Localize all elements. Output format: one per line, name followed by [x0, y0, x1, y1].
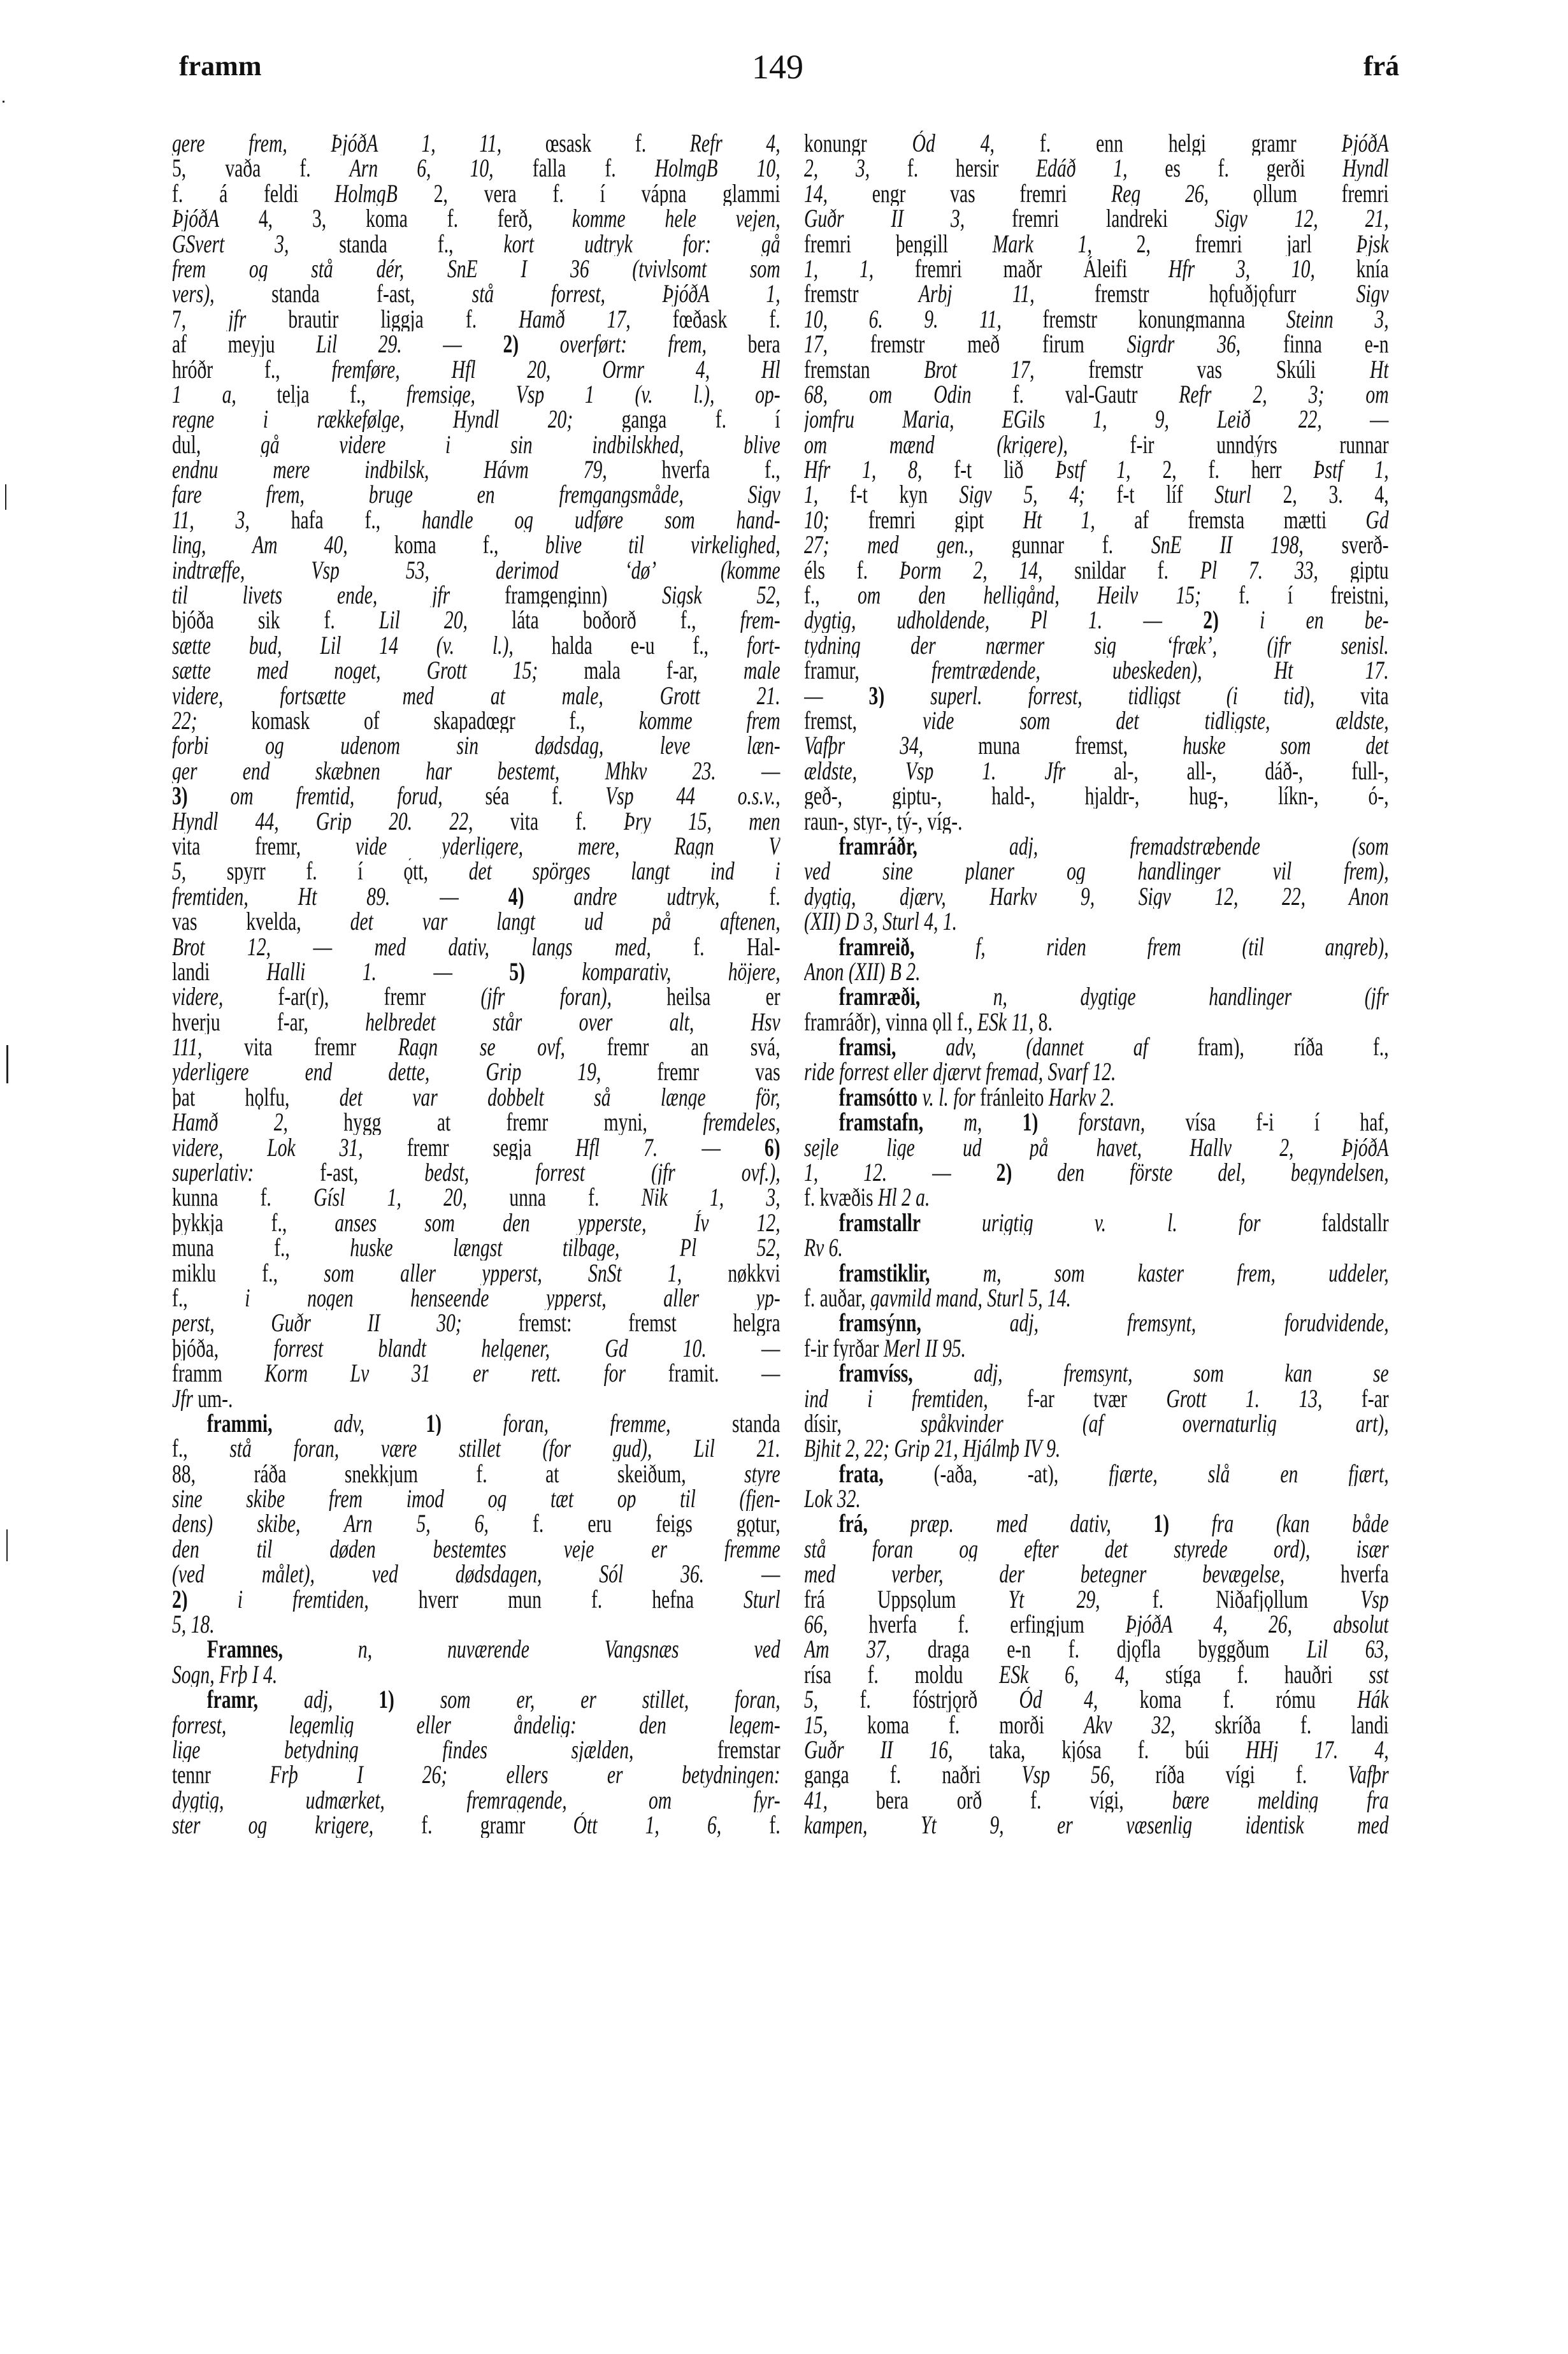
roman-text: giptu	[1318, 558, 1389, 582]
italic-text: Sturl	[744, 1587, 780, 1612]
roman-text: éls f.	[804, 558, 900, 582]
headword: 3)	[172, 783, 188, 808]
italic-text: det var langt ud på aftenen,	[350, 909, 780, 934]
entry-text: framráðr), vinna ǫll f., ESk 11, 8.	[804, 1009, 1389, 1034]
entry-text: fremstan Brot 17, fremstr vas Skúli Ht	[804, 357, 1389, 382]
italic-text: (XII) D 3, Sturl 4, 1.	[804, 909, 957, 934]
roman-text: f-t kyn	[818, 482, 959, 507]
text-line: dul, gå videre i sin indbilskhed, blive	[172, 432, 780, 457]
roman-text: vita fremr,	[172, 834, 356, 858]
text-line: 14, engr vas fremri Reg 26, ǫllum fremri	[804, 181, 1389, 206]
italic-text: Ótt 1, 6,	[573, 1812, 722, 1837]
italic-text: i en be-	[1260, 607, 1388, 632]
text-line: — 3) superl. forrest, tidligst (i tid), …	[804, 683, 1389, 708]
italic-text: om mænd (krigere),	[804, 432, 1068, 457]
text-line: 10; fremri gipt Ht 1, af fremsta mætti G…	[804, 507, 1389, 532]
italic-text: 1, 12.	[804, 1160, 887, 1185]
text-line: ved sine planer og handlinger vil frem),	[804, 858, 1389, 883]
roman-text: 88, ráða snekkjum f. at skeiðum,	[172, 1461, 744, 1486]
italic-text: bære melding fra	[1172, 1787, 1389, 1812]
headword: frata,	[839, 1461, 884, 1486]
text-line: frata, (-aða, -at), fjærte, slå en fjært…	[804, 1461, 1389, 1486]
text-line: frá Uppsǫlum Yt 29, f. Niðafjǫllum Vsp	[804, 1587, 1389, 1612]
text-line: 2, 3, f. hersir Edáð 1, es f. gerði Hynd…	[804, 155, 1389, 180]
text-line: Rv 6.	[804, 1235, 1389, 1260]
italic-text: blive til virkelighed,	[545, 532, 780, 557]
italic-text: den förste del, begyndelsen,	[1057, 1160, 1388, 1185]
italic-text: Sigsk 52,	[662, 582, 780, 607]
entry-text: þjóða, forrest blandt helgener, Gd 10. —	[172, 1336, 780, 1361]
roman-text: fremri gipt	[829, 507, 1023, 532]
entry-text: tennr Frþ I 26; ellers er betydningen:	[172, 1762, 780, 1787]
text-line: 1, 1, fremri maðr Áleifi Hfr 3, 10, knía	[804, 256, 1389, 281]
entry-text: 14, engr vas fremri Reg 26, ǫllum fremri	[804, 181, 1389, 206]
entry-text: tydning der nærmer sig ‘fræk’, (jfr seni…	[804, 633, 1389, 658]
roman-text: fremr an svá,	[565, 1034, 780, 1059]
italic-text: tydning der nærmer sig ‘fræk’, (jfr seni…	[804, 633, 1389, 658]
text-line: éls f. Þorm 2, 14, snildar f. Pl 7. 33, …	[804, 558, 1389, 582]
text-line: vers), standa f-ast, stå forrest, ÞjóðA …	[172, 281, 780, 306]
roman-text: —	[804, 683, 869, 708]
italic-text: Brot 17,	[924, 357, 1034, 382]
entry-text: 7, jfr brautir liggja f. Hamð 17, fœðask…	[172, 307, 780, 331]
headword: 2)	[996, 1160, 1012, 1185]
entry-text: fremtiden, Ht 89. — 4) andre udtryk, f.	[172, 884, 780, 909]
italic-text: SnE II 198,	[1151, 532, 1304, 557]
italic-text: komparativ, höjere,	[582, 959, 780, 984]
roman-text: —	[390, 884, 508, 909]
italic-text: Vafþr 34,	[804, 733, 923, 758]
roman-text: fremst: fremst helgra	[462, 1310, 780, 1335]
italic-text: Ht 1,	[1023, 507, 1095, 532]
roman-text: telja f.,	[236, 382, 406, 407]
roman-text: f. hersir	[870, 155, 1036, 180]
roman-text: spyrr f. í ǫ́tt,	[186, 858, 469, 883]
left-column: gere frem, ÞjóðA 1, 11, œsask f. Refr 4,…	[172, 131, 780, 1838]
roman-text: —	[271, 934, 375, 959]
italic-text: adj, fremsynt, forudvidende,	[1010, 1310, 1389, 1335]
roman-text: nøkkvi	[682, 1260, 780, 1285]
left-guideword: framm	[179, 50, 262, 82]
text-line: framreið, f, riden frem (til angreb),	[804, 934, 1389, 959]
roman-text	[525, 959, 582, 984]
roman-text	[1038, 1109, 1078, 1134]
italic-text: Gísl 1, 20,	[313, 1185, 467, 1209]
italic-text: lige betydning findes sjælden,	[172, 1737, 633, 1762]
italic-text: Hfr 1, 8,	[804, 457, 922, 482]
roman-text: —	[707, 1336, 780, 1361]
entry-text: ganga f. naðri Vsp 56, ríða vígi f. Vafþ…	[804, 1762, 1389, 1787]
italic-text: huske længst tilbage, Pl 52,	[350, 1235, 780, 1260]
entry-text: dul, gå videre i sin indbilskhed, blive	[172, 432, 780, 457]
italic-text: forbi og udenom sin dødsdag, leve læn-	[172, 733, 780, 758]
roman-text: vita f.	[473, 809, 624, 834]
entry-text: kunna f. Gísl 1, 20, unna f. Nik 1, 3,	[172, 1185, 780, 1209]
roman-text	[982, 1109, 1022, 1134]
right-column: konungr Ód 4, f. enn helgi gramr ÞjóðA2,…	[804, 131, 1389, 1838]
entry-text: jomfru Maria, EGils 1, 9, Leið 22, —	[804, 407, 1389, 431]
roman-text	[283, 1636, 358, 1661]
entry-text: superlativ: f-ast, bedst, forrest (jfr o…	[172, 1160, 780, 1185]
text-line: framr, adj, 1) som er, er stillet, foran…	[172, 1687, 780, 1712]
italic-text: videre,	[172, 984, 223, 1009]
roman-text: knía	[1315, 256, 1389, 281]
italic-text: 68, om Odin	[804, 382, 972, 407]
italic-text: Ht	[1370, 357, 1389, 382]
text-line: 5, 18.	[172, 1612, 780, 1636]
roman-text	[1111, 1511, 1154, 1536]
entry-text: 5, vaða f. Arn 6, 10, falla f. HolmgB 10…	[172, 155, 780, 180]
italic-text: fremdeles,	[703, 1109, 780, 1134]
entry-text: f. kvæðis Hl 2 a.	[804, 1185, 1389, 1209]
italic-text: fort-	[747, 633, 780, 658]
roman-text	[188, 783, 231, 808]
roman-text: hverfa f.,	[607, 457, 780, 482]
italic-text: som aller ypperst, SnSt 1,	[324, 1260, 682, 1285]
roman-text: —	[658, 1135, 765, 1160]
text-line: sætte med noget, Grott 15; mala f-ar, ma…	[172, 658, 780, 682]
italic-text: helbredet står over alt, Hsv	[365, 1009, 780, 1034]
roman-text: framm	[172, 1361, 265, 1385]
entry-text: Sogn, Frþ I 4.	[172, 1662, 780, 1687]
roman-text: hafa f.,	[250, 507, 422, 532]
text-line: den til døden bestemtes veje er fremme	[172, 1536, 780, 1561]
headword: 2)	[1203, 607, 1219, 632]
text-line: konungr Ód 4, f. enn helgi gramr ÞjóðA	[804, 131, 1389, 155]
text-line: Hfr 1, 8, f-t lið Þstf 1, 2, f. herr Þst…	[804, 457, 1389, 482]
roman-text: f.,	[172, 1285, 245, 1310]
roman-text: f. gramr	[373, 1812, 573, 1837]
text-line: Bjhit 2, 22; Grip 21, Hjálmþ IV 9.	[804, 1436, 1389, 1461]
italic-text: superl. forrest, tidligst (i tid),	[930, 683, 1314, 708]
text-line: 5, f. fóstrjǫrð Ód 4, koma f. rómu Hák	[804, 1687, 1389, 1712]
italic-text: vide som det tidligste, ældste,	[923, 708, 1388, 733]
headword: 1)	[1153, 1511, 1169, 1536]
roman-text: f. fóstrjǫrð	[818, 1687, 1019, 1712]
italic-text: fremtiden, Ht 89.	[172, 884, 390, 909]
text-line: f. á feldi HolmgB 2, vera f. í vápna gla…	[172, 181, 780, 206]
italic-text: Vsp	[1360, 1587, 1388, 1612]
italic-text: Yt 29,	[1009, 1587, 1100, 1612]
entry-text: GSvert 3, standa f., kort udtryk for: gå	[172, 231, 780, 256]
roman-text	[923, 1109, 963, 1134]
italic-text: urigtig v. l. for	[982, 1210, 1260, 1235]
roman-text: fremstan	[804, 357, 924, 382]
entry-text: dygtig, djærv, Harkv 9, Sigv 12, 22, Ano…	[804, 884, 1389, 909]
text-line: ling, Am 40, koma f., blive til virkelig…	[172, 532, 780, 557]
italic-text: Ód 4,	[912, 131, 995, 155]
italic-text: Bjhit 2, 22; Grip 21, Hjálmþ IV 9.	[804, 1436, 1060, 1461]
italic-text: Sturl	[1214, 482, 1251, 507]
entry-text: ger end skæbnen har bestemt, Mhkv 23. —	[172, 758, 780, 783]
entry-text: Brot 12, — med dativ, langs med, f. Hal-	[172, 934, 780, 959]
italic-text: Sogn, Frþ I 4.	[172, 1662, 277, 1687]
italic-text: 11, 3,	[172, 507, 250, 532]
entry-headline: framr, adj, 1) som er, er stillet, foran…	[172, 1687, 780, 1712]
entry-text: 111, vita fremr Ragn se ovf, fremr an sv…	[172, 1034, 780, 1059]
entry-headline: framræði, n, dygtige handlinger (jfr	[804, 984, 1389, 1009]
entry-text: indtræffe, Vsp 53, derimod ‘dø’ (komme	[172, 558, 780, 582]
entry-text: stå foran og efter det styrede ord), isæ…	[804, 1536, 1389, 1561]
italic-text: Ragn se ovf,	[398, 1034, 565, 1059]
roman-text	[394, 1687, 440, 1712]
roman-text: f. auðar,	[804, 1285, 870, 1310]
roman-text: f.	[719, 884, 780, 909]
text-line: til livets ende, jfr framgenginn) Sigsk …	[172, 582, 780, 607]
roman-text: geð-, giptu-, hald-, hjaldr-, hug-, líkn…	[804, 783, 1389, 808]
italic-text: forrest blandt helgener, Gd 10.	[273, 1336, 706, 1361]
text-line: sætte bud, Lil 14 (v. l.), halda e-u f.,…	[172, 633, 780, 658]
scan-speck	[3, 101, 4, 103]
entry-headline: framsýnn, adj, fremsynt, forudvidende,	[804, 1310, 1389, 1335]
text-line: dens) skibe, Arn 5, 6, f. eru feigs gǫtu…	[172, 1511, 780, 1536]
roman-text: framit. —	[626, 1361, 780, 1385]
entry-text: gere frem, ÞjóðA 1, 11, œsask f. Refr 4,	[172, 131, 780, 155]
italic-text: endnu mere indbilsk, Hávm 79,	[172, 457, 607, 482]
italic-text: 14,	[804, 181, 828, 206]
headword: frá,	[839, 1511, 868, 1536]
italic-text: adj, fremadstræbende (som	[1009, 834, 1389, 858]
roman-text	[272, 1411, 333, 1436]
italic-text: 5, 18.	[172, 1612, 215, 1636]
roman-text: dul,	[172, 432, 261, 457]
text-line: dygtig, udholdende, Pl 1. — 2) i en be-	[804, 607, 1389, 632]
text-line: ster og krigere, f. gramr Ótt 1, 6, f.	[172, 1812, 780, 1837]
italic-text: med dativ, langs med,	[375, 934, 651, 959]
text-line: dísir, spåkvinder (af overnaturlig art),	[804, 1411, 1389, 1436]
roman-text: —	[1102, 607, 1203, 632]
italic-text: jomfru Maria, EGils 1, 9, Leið 22,	[804, 407, 1322, 431]
roman-text: f. Hal-	[651, 934, 780, 959]
roman-text: f.	[721, 1812, 780, 1837]
entry-text: Anon (XII) B 2.	[804, 959, 1389, 984]
headword: framráðr,	[839, 834, 917, 858]
entry-text: Hfr 1, 8, f-t lið Þstf 1, 2, f. herr Þst…	[804, 457, 1389, 482]
roman-text: vita fremr	[202, 1034, 398, 1059]
italic-text: andre udtryk,	[573, 884, 719, 909]
text-line: landi Halli 1. — 5) komparativ, höjere,	[172, 959, 780, 984]
text-line: muna f., huske længst tilbage, Pl 52,	[172, 1235, 780, 1260]
italic-text: i nogen henseende ypperst, aller yp-	[245, 1285, 780, 1310]
italic-text: Merl II 95.	[884, 1336, 966, 1361]
roman-text	[519, 331, 560, 356]
text-line: framráðr), vinna ǫll f., ESk 11, 8.	[804, 1009, 1389, 1034]
text-line: frem og stå dér, SnE I 36 (tvivlsomt som	[172, 256, 780, 281]
roman-text	[917, 834, 1009, 858]
roman-text	[868, 1511, 910, 1536]
italic-text: superlativ:	[172, 1160, 254, 1185]
roman-text: standa f-ast,	[215, 281, 472, 306]
italic-text: Þjsk	[1356, 231, 1389, 256]
headword: 3)	[869, 683, 885, 708]
roman-text: séa f.	[443, 783, 605, 808]
italic-text: Hl 2 a.	[878, 1185, 930, 1209]
text-line: ride forrest eller djærvt fremad, Svarf …	[804, 1059, 1389, 1084]
text-line: þykkja f., anses som den ypperste, Ív 12…	[172, 1210, 780, 1235]
italic-text: fare frem, bruge en fremgangsmåde, Sigv	[172, 482, 780, 507]
text-line: hverju f-ar, helbredet står over alt, Hs…	[172, 1009, 780, 1034]
headword: Framnes,	[207, 1636, 283, 1661]
roman-text: f-ir unndýrs runnar	[1068, 432, 1389, 457]
italic-text: 1 a,	[172, 382, 236, 407]
italic-text: overført: frem,	[560, 331, 707, 356]
text-line: 17, fremstr með firum Sigrdr 36, finna e…	[804, 331, 1389, 356]
roman-text: muna f.,	[172, 1235, 350, 1260]
roman-text	[1012, 1160, 1057, 1185]
headword: frammi,	[207, 1411, 273, 1436]
roman-text: 2, 3. 4,	[1251, 482, 1389, 507]
italic-text: dygtig, udholdende, Pl 1.	[804, 607, 1102, 632]
text-line: Lok 32.	[804, 1486, 1389, 1511]
roman-text: rísa f. moldu	[804, 1662, 999, 1687]
italic-text: om den helligånd, Heilv 15;	[858, 582, 1201, 607]
entry-text: Guðr II 3, fremri landreki Sigv 12, 21,	[804, 206, 1389, 231]
roman-text: engr vas fremri	[828, 181, 1111, 206]
italic-text: præp. med dativ,	[910, 1511, 1111, 1536]
italic-text: dygtig, djærv, Harkv 9, Sigv 12, 22, Ano…	[804, 884, 1389, 909]
roman-text: koma f.,	[348, 532, 545, 557]
entry-headline: frata, (-aða, -at), fjærte, slå en fjært…	[804, 1461, 1389, 1486]
italic-text: Guðr II 16,	[804, 1737, 953, 1762]
text-line: fremtiden, Ht 89. — 4) andre udtryk, f.	[172, 884, 780, 909]
entry-text: dygtig, udmærket, fremragende, om fyr-	[172, 1787, 780, 1812]
italic-text: som er, er stillet, foran,	[440, 1687, 780, 1712]
text-line: fare frem, bruge en fremgangsmåde, Sigv	[172, 482, 780, 507]
headword: 2)	[503, 331, 519, 356]
entry-text: frem og stå dér, SnE I 36 (tvivlsomt som	[172, 256, 780, 281]
text-line: Sogn, Frþ I 4.	[172, 1662, 780, 1687]
entry-text: Hyndl 44, Grip 20. 22, vita f. Þry 15, m…	[172, 809, 780, 834]
italic-text: 111,	[172, 1034, 202, 1059]
roman-text: vísa f-i í haf,	[1145, 1109, 1388, 1134]
text-line: videre, Lok 31, fremr segja Hfl 7. — 6)	[172, 1135, 780, 1160]
italic-text: fremføre, Hfl 20, Ormr 4, Hl	[332, 357, 780, 382]
headword: framsótto	[839, 1085, 917, 1109]
italic-text: HolmgB 10,	[655, 155, 780, 180]
text-line: framvíss, adj, fremsynt, som kan se	[804, 1361, 1389, 1385]
text-line: indtræffe, Vsp 53, derimod ‘dø’ (komme	[172, 558, 780, 582]
roman-text	[913, 1361, 974, 1385]
italic-text: spåkvinder (af overnaturlig art),	[921, 1411, 1389, 1436]
entry-text: dygtig, udholdende, Pl 1. — 2) i en be-	[804, 607, 1389, 632]
entry-text: ster og krigere, f. gramr Ótt 1, 6, f.	[172, 1812, 780, 1837]
entry-headline: framstafn, m, 1) forstavn, vísa f-i í ha…	[804, 1109, 1389, 1134]
entry-headline: Framnes, n, nuværende Vangsnæs ved	[172, 1636, 780, 1661]
italic-text: Am 37,	[804, 1636, 890, 1661]
text-line: 10, 6. 9. 11, fremstr konungmanna Steinn…	[804, 307, 1389, 331]
roman-text: framur,	[804, 658, 931, 682]
roman-text: stíga f. hauðri	[1129, 1662, 1369, 1687]
italic-text: ling, Am 40,	[172, 532, 348, 557]
entry-text: 1, f-t kyn Sigv 5, 4; f-t líf Sturl 2, 3…	[804, 482, 1389, 507]
text-line: 1 a, telja f., fremsige, Vsp 1 (v. l.), …	[172, 382, 780, 407]
italic-text: 5,	[172, 858, 186, 883]
italic-text: 5,	[804, 1687, 818, 1712]
italic-text: v. l. for	[922, 1085, 975, 1109]
italic-text: videre, Lok 31,	[172, 1135, 363, 1160]
text-line: frá, præp. med dativ, 1) fra (kan både	[804, 1511, 1389, 1536]
entry-text: med verber, der betegner bevægelse, hver…	[804, 1561, 1389, 1586]
text-line: Jfr um-.	[172, 1386, 780, 1411]
italic-text: (ved målet), ved dødsdagen, Sól 36.	[172, 1561, 704, 1586]
text-line: framm Korm Lv 31 er rett. for framit. —	[172, 1361, 780, 1385]
roman-text	[921, 1210, 982, 1235]
entry-text: sætte bud, Lil 14 (v. l.), halda e-u f.,…	[172, 633, 780, 658]
roman-text: f. í freistni,	[1201, 582, 1389, 607]
dictionary-page: framm 149 frá gere frem, ÞjóðA 1, 11, œs…	[0, 0, 1568, 2354]
entry-headline: framstallr urigtig v. l. for faldstallr	[804, 1210, 1389, 1235]
text-line: gere frem, ÞjóðA 1, 11, œsask f. Refr 4,	[172, 131, 780, 155]
italic-text: Frþ I 26; ellers er betydningen:	[270, 1762, 780, 1787]
text-line: fremri þengill Mark 1, 2, fremri jarl Þj…	[804, 231, 1389, 256]
entry-text: geð-, giptu-, hald-, hjaldr-, hug-, líkn…	[804, 783, 1389, 808]
italic-text: Harkv 2.	[1049, 1085, 1115, 1109]
entry-text: Lok 32.	[804, 1486, 1389, 1511]
italic-text: Vafþr	[1348, 1762, 1388, 1787]
italic-text: Þstf 1,	[1055, 457, 1130, 482]
italic-text: sine skibe frem imod og tæt op til (fjen…	[172, 1486, 780, 1511]
text-line: framstallr urigtig v. l. for faldstallr	[804, 1210, 1389, 1235]
text-line: kunna f. Gísl 1, 20, unna f. Nik 1, 3,	[172, 1185, 780, 1209]
entry-text: fremstr Arbj 11, fremstr hǫfuðjǫfurr Sig…	[804, 281, 1389, 306]
roman-text: ríða vígi f.	[1114, 1762, 1348, 1787]
roman-text: fremst,	[804, 708, 923, 733]
headword: framreið,	[839, 934, 915, 959]
entry-text: regne i rækkefølge, Hyndl 20; ganga f. í	[172, 407, 780, 431]
text-line: yderligere end dette, Grip 19, fremr vas	[172, 1059, 780, 1084]
headword: 1)	[426, 1411, 442, 1436]
right-guideword: frá	[1363, 50, 1399, 82]
roman-text: —	[704, 1561, 780, 1586]
roman-text: f. val-Gautr	[972, 382, 1179, 407]
text-line: forbi og udenom sin dødsdag, leve læn-	[172, 733, 780, 758]
roman-text: koma f. rómu	[1098, 1687, 1357, 1712]
entry-text: Jfr um-.	[172, 1386, 780, 1411]
roman-text	[442, 1411, 503, 1436]
entry-text: framm Korm Lv 31 er rett. for framit. —	[172, 1361, 780, 1385]
roman-text: standa	[671, 1411, 780, 1436]
roman-text: 2, vera f. í vápna glammi	[398, 181, 780, 206]
italic-text: ældste, Vsp 1. Jfr	[804, 758, 1065, 783]
entry-text: ride forrest eller djærvt fremad, Svarf …	[804, 1059, 1389, 1084]
text-line: 1, f-t kyn Sigv 5, 4; f-t líf Sturl 2, 3…	[804, 482, 1389, 507]
roman-text: f-ar tvær	[988, 1386, 1167, 1411]
roman-text: f-ir fyrðar	[804, 1336, 884, 1361]
entry-text: fremst, vide som det tidligste, ældste,	[804, 708, 1389, 733]
italic-text: Hamð 17,	[519, 307, 630, 331]
scan-speck	[6, 1045, 8, 1083]
roman-text: heilsa er	[612, 984, 780, 1009]
text-line: dygtig, udmærket, fremragende, om fyr-	[172, 1787, 780, 1812]
italic-text: Hfr 3, 10,	[1169, 256, 1315, 281]
text-line: tennr Frþ I 26; ellers er betydningen:	[172, 1762, 780, 1787]
roman-text: muna fremst,	[923, 733, 1183, 758]
roman-text: bera	[707, 331, 780, 356]
entry-text: ling, Am 40, koma f., blive til virkelig…	[172, 532, 780, 557]
italic-text: sejle lige ud på havet, Hallv 2, ÞjóðA	[804, 1135, 1389, 1160]
roman-text: fremri landreki	[965, 206, 1215, 231]
text-line: miklu f., som aller ypperst, SnSt 1, nøk…	[172, 1260, 780, 1285]
roman-text: 7,	[172, 307, 228, 331]
scan-speck	[5, 484, 6, 510]
italic-text: Arbj 11,	[919, 281, 1035, 306]
roman-text	[1219, 607, 1260, 632]
italic-text: adv,	[334, 1411, 364, 1436]
roman-text: fremstr	[804, 281, 919, 306]
roman-text: al-, all-, dáð-, full-,	[1065, 758, 1388, 783]
entry-text: miklu f., som aller ypperst, SnSt 1, nøk…	[172, 1260, 780, 1285]
entry-text: konungr Ód 4, f. enn helgi gramr ÞjóðA	[804, 131, 1389, 155]
